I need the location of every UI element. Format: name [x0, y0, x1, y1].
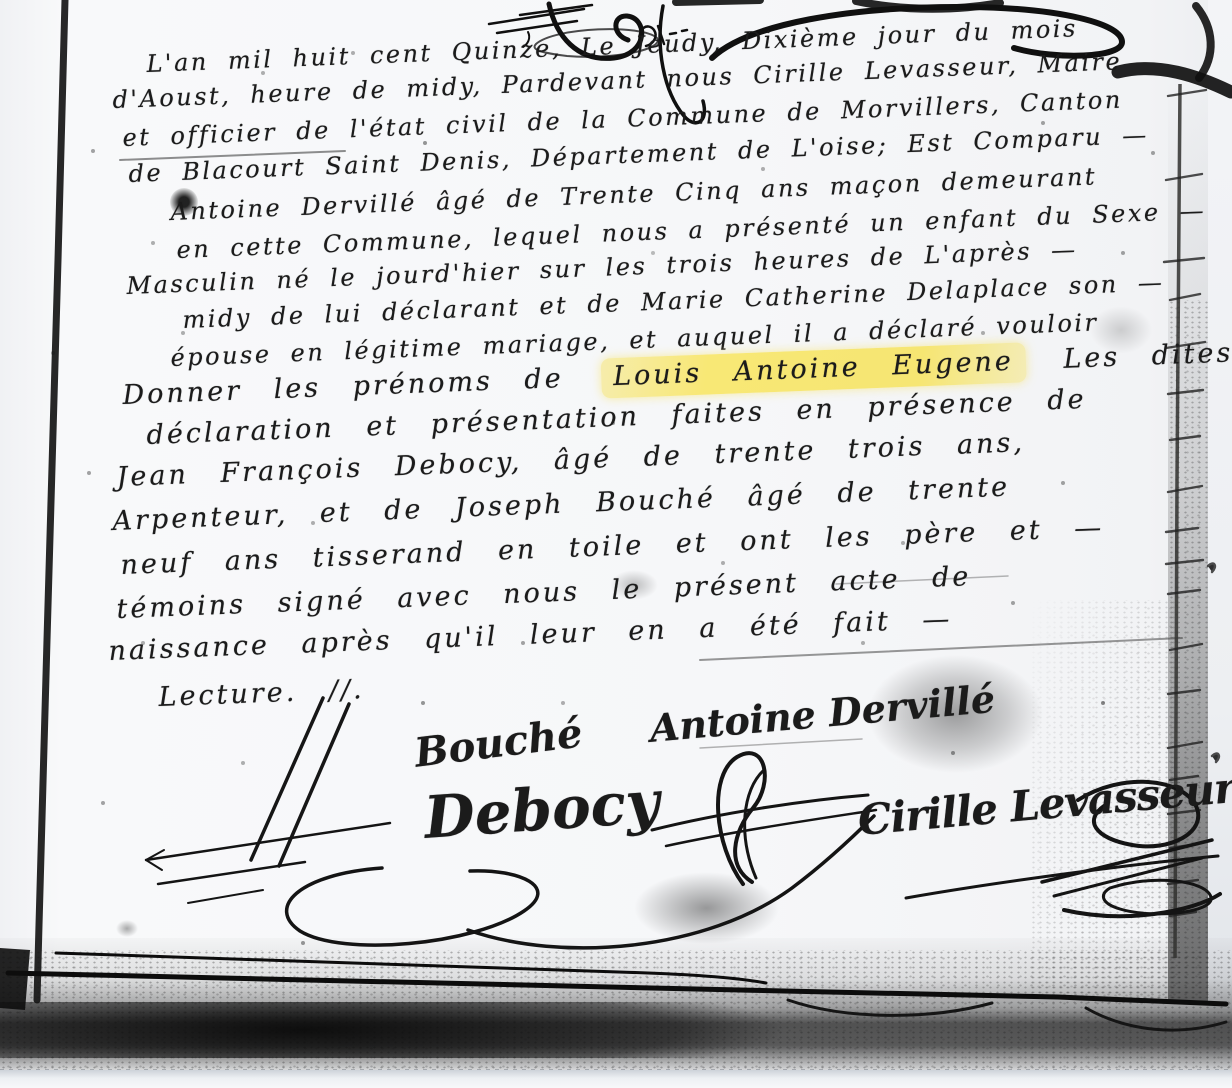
signature-debocy: Debocy	[422, 768, 662, 852]
record-text: L'an mil huit cent Quinze, Le Jeudy, Dix…	[0, 0, 1232, 1088]
signature-bouche: Bouché	[412, 709, 585, 776]
record-line: Lecture. //.	[158, 674, 365, 713]
scanned-document: L'an mil huit cent Quinze, Le Jeudy, Dix…	[0, 0, 1232, 1088]
highlight-line-post: Les dites	[1063, 337, 1232, 375]
signature-levasseur: Cirille Levasseur	[856, 763, 1232, 845]
signature-derville: Antoine Dervillé	[648, 676, 997, 751]
